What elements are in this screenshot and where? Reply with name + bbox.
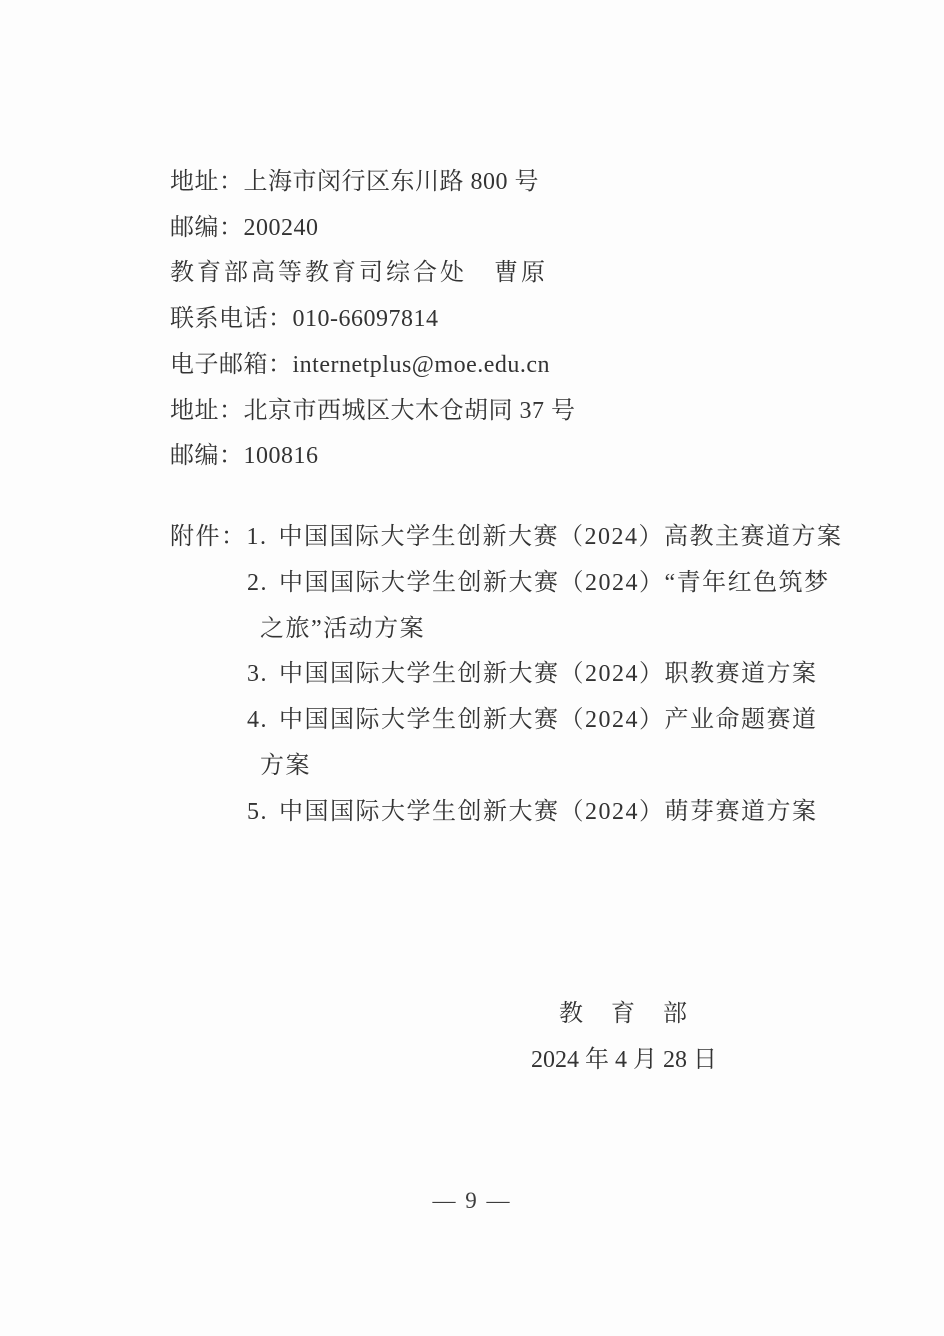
attachments-label: 附件： [170, 524, 247, 550]
contact-line-phone: 联系电话：010-66097814 [170, 297, 576, 343]
attachment-title: 中国国际大学生创新大赛（2024）职教赛道方案 [279, 661, 818, 687]
contact-line-department-person: 教育部高等教育司综合处 曹原 [170, 251, 576, 297]
contact-line-address-beijing: 地址：北京市西城区大木仓胡同 37 号 [170, 389, 576, 435]
attachments-block: 附件：1.中国国际大学生创新大赛（2024）高教主赛道方案 2.中国国际大学生创… [170, 515, 843, 836]
signature-date: 2024 年 4 月 28 日 [304, 1038, 944, 1084]
scanned-document-page: 地址：上海市闵行区东川路 800 号 邮编：200240 教育部高等教育司综合处… [0, 0, 944, 1336]
attachment-title: 中国国际大学生创新大赛（2024）高教主赛道方案 [279, 524, 843, 550]
attachment-title: 中国国际大学生创新大赛（2024）产业命题赛道 [279, 707, 818, 733]
attachment-item-5: 5.中国国际大学生创新大赛（2024）萌芽赛道方案 [170, 790, 843, 836]
attachment-title-continuation: 之旅”活动方案 [260, 616, 425, 642]
attachment-number: 3. [247, 661, 268, 687]
attachment-item-4-continuation: 方案 [170, 744, 843, 790]
attachment-item-2: 2.中国国际大学生创新大赛（2024）“青年红色筑梦 [170, 561, 843, 607]
page-number: — 9 — [0, 1186, 944, 1216]
attachment-title-continuation: 方案 [260, 753, 311, 779]
attachment-item-2-continuation: 之旅”活动方案 [170, 607, 843, 653]
signature-block: 教 育 部 2024 年 4 月 28 日 [304, 992, 944, 1083]
attachment-number: 1. [247, 524, 268, 550]
attachment-number: 5. [247, 799, 268, 825]
contact-line-postcode-beijing: 邮编：100816 [170, 434, 576, 480]
contact-line-email: 电子邮箱：internetplus@moe.edu.cn [170, 343, 576, 389]
contact-block: 地址：上海市闵行区东川路 800 号 邮编：200240 教育部高等教育司综合处… [170, 160, 576, 480]
attachment-number: 4. [247, 707, 268, 733]
attachment-title: 中国国际大学生创新大赛（2024）“青年红色筑梦 [279, 570, 830, 596]
attachment-title: 中国国际大学生创新大赛（2024）萌芽赛道方案 [279, 799, 818, 825]
contact-line-postcode-shanghai: 邮编：200240 [170, 206, 576, 252]
signature-issuer: 教 育 部 [304, 992, 944, 1038]
attachment-item-3: 3.中国国际大学生创新大赛（2024）职教赛道方案 [170, 652, 843, 698]
attachment-item-1: 附件：1.中国国际大学生创新大赛（2024）高教主赛道方案 [170, 515, 843, 561]
contact-line-address-shanghai: 地址：上海市闵行区东川路 800 号 [170, 160, 576, 206]
attachment-number: 2. [247, 570, 268, 596]
attachment-item-4: 4.中国国际大学生创新大赛（2024）产业命题赛道 [170, 698, 843, 744]
